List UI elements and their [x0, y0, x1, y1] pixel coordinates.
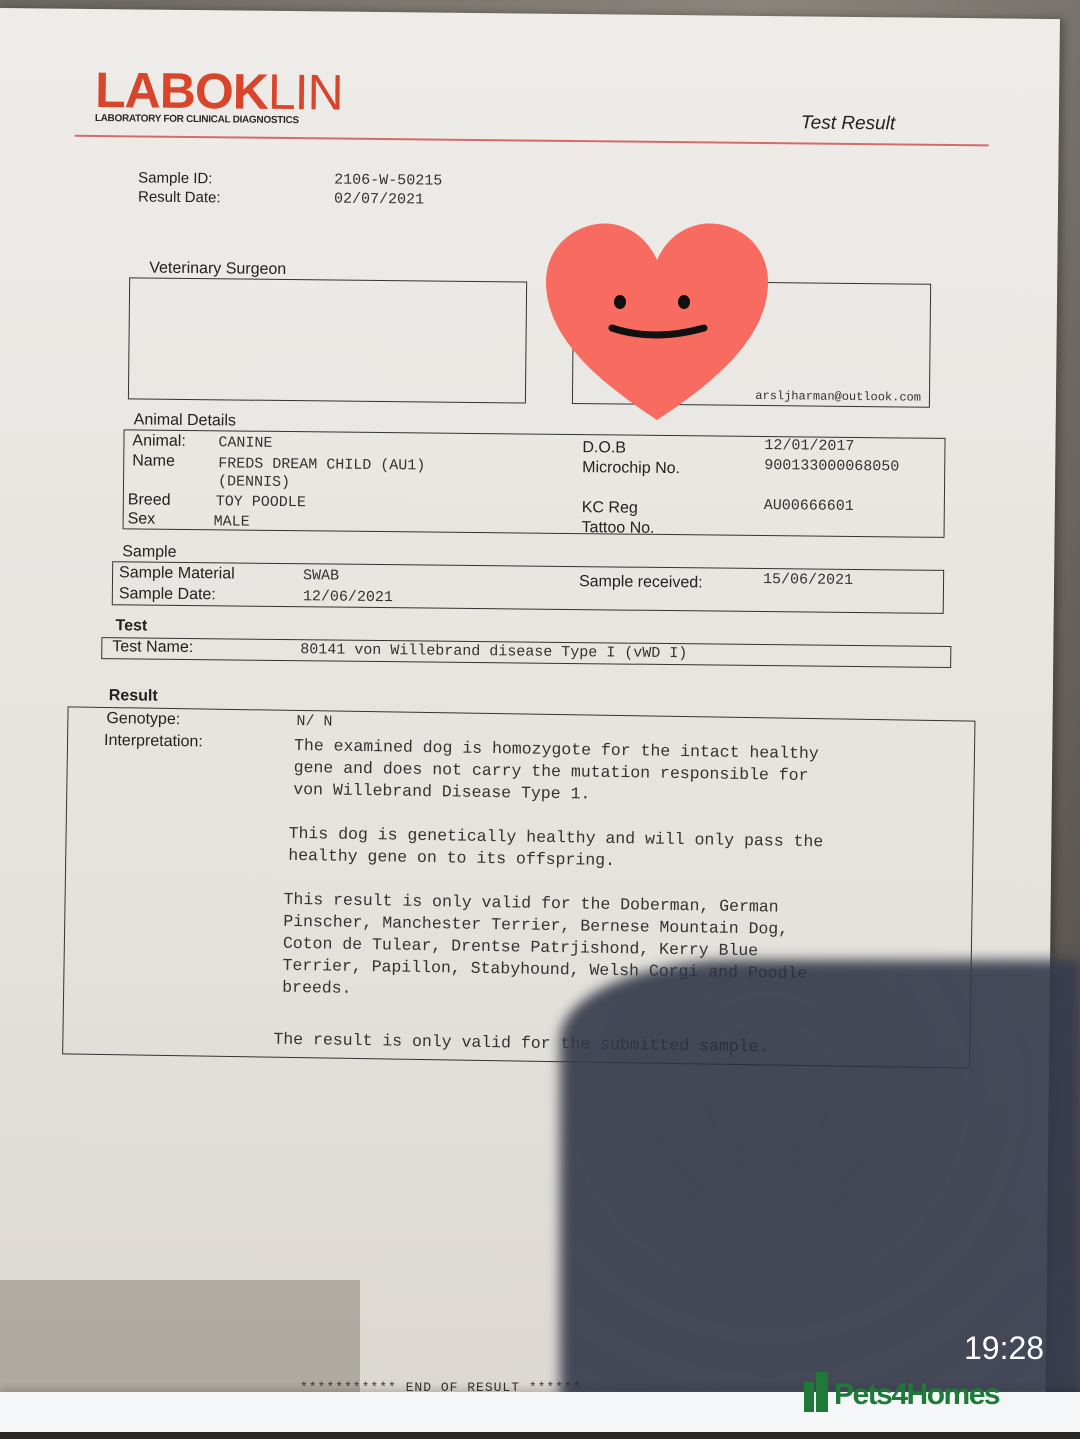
- sample-id-label: Sample ID:: [138, 169, 334, 190]
- name-value-line1: FREDS DREAM CHILD (AU1): [218, 455, 425, 474]
- sample-section-label: Sample: [122, 543, 176, 562]
- animal-label: Animal:: [132, 432, 186, 451]
- sex-value: MALE: [214, 513, 250, 530]
- animal-value: CANINE: [218, 434, 272, 452]
- pets4homes-watermark: Pets4Homes: [804, 1372, 999, 1412]
- sample-material-value: SWAB: [303, 567, 339, 584]
- animal-section-label: Animal Details: [134, 411, 236, 430]
- genotype-value: N/ N: [296, 713, 332, 731]
- breed-label: Breed: [128, 491, 171, 509]
- smiling-heart-sticker: [544, 220, 770, 424]
- sample-received-value: 15/06/2021: [763, 571, 853, 589]
- timestamp: 19:28: [964, 1330, 1044, 1367]
- sample-material-label: Sample Material: [119, 564, 235, 583]
- sex-label: Sex: [128, 510, 156, 528]
- header-divider: [75, 135, 989, 147]
- interpretation-paragraph-1: The examined dog is homozygote for the i…: [293, 735, 819, 809]
- test-box: Test Name: 80141 von Willebrand disease …: [101, 637, 951, 668]
- tattoo-label: Tattoo No.: [581, 519, 654, 538]
- document-title: Test Result: [801, 112, 896, 135]
- animal-details-box: Animal: CANINE Name FREDS DREAM CHILD (A…: [123, 429, 946, 538]
- dob-label: D.O.B: [582, 439, 626, 457]
- sample-meta: Sample ID:2106-W-50215 Result Date:02/07…: [138, 169, 442, 210]
- result-date-value: 02/07/2021: [334, 191, 424, 211]
- watermark-text: Pets4Homes: [834, 1378, 999, 1412]
- sample-id-value: 2106-W-50215: [334, 172, 442, 192]
- laboklin-logo: LABOKLIN LABORATORY FOR CLINICAL DIAGNOS…: [95, 65, 343, 127]
- microchip-value: 900133000068050: [764, 457, 899, 475]
- kc-reg-label: KC Reg: [582, 499, 638, 518]
- microchip-label: Microchip No.: [582, 459, 680, 478]
- name-value-line2: (DENNIS): [218, 473, 290, 491]
- test-section-label: Test: [115, 617, 147, 635]
- interpretation-paragraph-2: This dog is genetically healthy and will…: [288, 823, 823, 875]
- test-name-label: Test Name:: [112, 638, 193, 657]
- owner-email: arsljharman@outlook.com: [755, 389, 921, 405]
- result-section-label: Result: [109, 687, 158, 706]
- kc-reg-value: AU00666601: [764, 497, 854, 515]
- sample-box: Sample Material SWAB Sample Date: 12/06/…: [112, 561, 944, 614]
- genotype-label: Genotype:: [106, 710, 180, 729]
- dob-value: 12/01/2017: [764, 437, 854, 455]
- test-name-value: 80141 von Willebrand disease Type I (vWD…: [300, 641, 687, 662]
- sample-date-value: 12/06/2021: [303, 588, 393, 606]
- vet-section-label: Veterinary Surgeon: [149, 260, 286, 279]
- pets4homes-logo-icon: [804, 1372, 830, 1412]
- result-date-label: Result Date:: [138, 188, 334, 209]
- logo-text: LABOK: [95, 62, 268, 120]
- paper-shadow: [0, 1280, 360, 1392]
- logo-text-thin: LIN: [268, 64, 343, 121]
- bottom-strip: [0, 1432, 1080, 1439]
- interpretation-label: Interpretation:: [104, 732, 203, 752]
- name-label: Name: [132, 452, 175, 470]
- breed-value: TOY POODLE: [216, 493, 306, 511]
- sample-received-label: Sample received:: [579, 573, 703, 592]
- sample-date-label: Sample Date:: [119, 585, 216, 604]
- vet-box: [128, 277, 527, 403]
